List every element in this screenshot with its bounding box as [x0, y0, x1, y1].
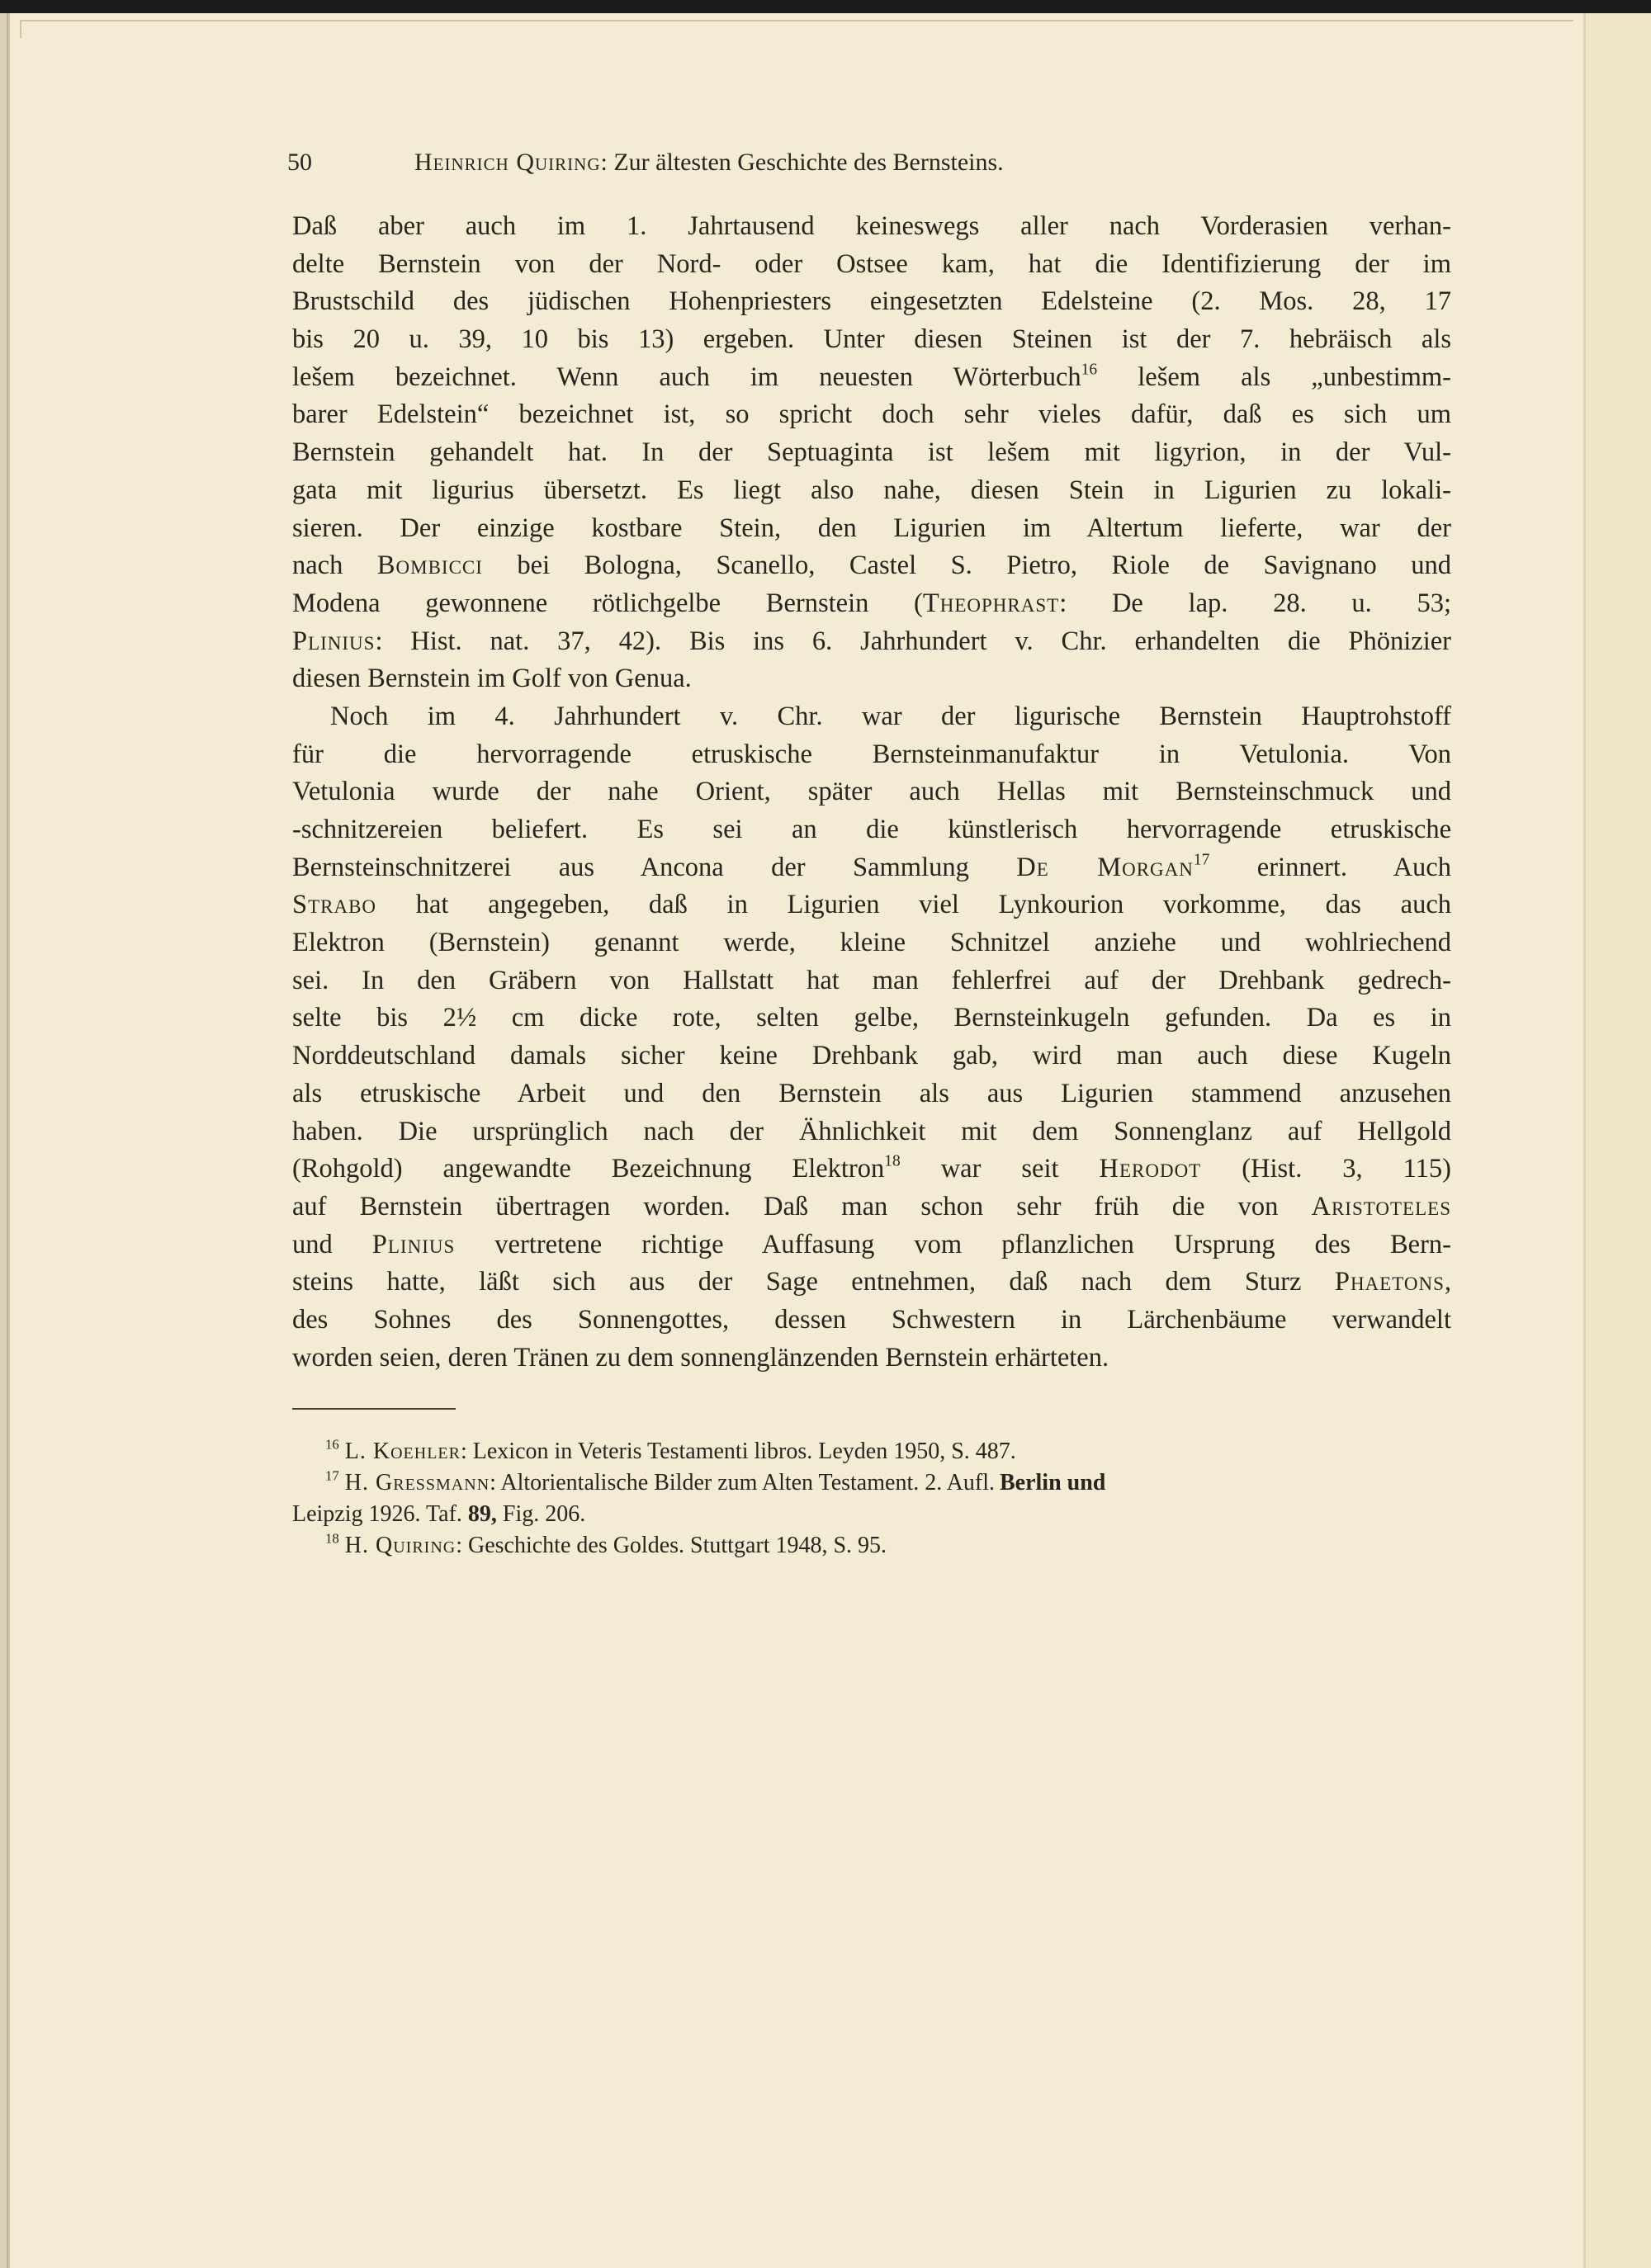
text-line: für die hervorragende etruskische Bernst…: [292, 736, 1451, 774]
running-head: 50 Heinrich Quiring: Zur ältesten Geschi…: [287, 149, 1261, 185]
text-line: bis 20 u. 39, 10 bis 13) ergeben. Unter …: [292, 321, 1451, 359]
text-line: diesen Bernstein im Golf von Genua.: [292, 660, 1451, 698]
text-line: und Plinius vertretene richtige Auffasun…: [292, 1226, 1451, 1264]
text-line: delte Bernstein von der Nord- oder Ostse…: [292, 246, 1451, 284]
running-title: Heinrich Quiring: Zur ältesten Geschicht…: [414, 149, 1004, 177]
text-line: nach Bombicci bei Bologna, Scanello, Cas…: [292, 547, 1451, 585]
article-title: : Zur ältesten Geschichte des Bernsteins…: [600, 149, 1003, 176]
text-line: barer Edelstein“ bezeichnet ist, so spri…: [292, 396, 1451, 434]
text-line: Modena gewonnene rötlichgelbe Bernstein …: [292, 585, 1451, 623]
author-name: Heinrich Quiring: [414, 149, 600, 176]
text-line: haben. Die ursprünglich nach der Ähnlich…: [292, 1113, 1451, 1151]
text-line: Strabo hat angegeben, daß in Ligurien vi…: [292, 886, 1451, 924]
text-line: auf Bernstein übertragen worden. Daß man…: [292, 1188, 1451, 1226]
text-line: Noch im 4. Jahrhundert v. Chr. war der l…: [292, 698, 1451, 736]
footnote-17: 17 H. Gressmann: Altorientalische Bilder…: [292, 1467, 1451, 1499]
footnote-16: 16 L. Koehler: Lexicon in Veteris Testam…: [292, 1436, 1451, 1467]
text-line: worden seien, deren Tränen zu dem sonnen…: [292, 1340, 1451, 1377]
text-line: sei. In den Gräbern von Hallstatt hat ma…: [292, 962, 1451, 1000]
body-text: Daß aber auch im 1. Jahrtausend keineswe…: [292, 208, 1451, 1377]
text-line: Bernstein gehandelt hat. In der Septuagi…: [292, 434, 1451, 472]
text-line: sieren. Der einzige kostbare Stein, den …: [292, 510, 1451, 548]
text-line: Brustschild des jüdischen Hohenpriesters…: [292, 283, 1451, 321]
text-line: selte bis 2½ cm dicke rote, selten gelbe…: [292, 999, 1451, 1037]
footnote-18: 18 H. Quiring: Geschichte des Goldes. St…: [292, 1530, 1451, 1562]
text-line: -schnitzereien beliefert. Es sei an die …: [292, 811, 1451, 849]
scan-top-border: [0, 0, 1651, 13]
page-number: 50: [287, 149, 312, 177]
text-line: Vetulonia wurde der nahe Orient, später …: [292, 773, 1451, 811]
footnotes: 16 L. Koehler: Lexicon in Veteris Testam…: [292, 1436, 1451, 1562]
text-line: des Sohnes des Sonnengottes, dessen Schw…: [292, 1302, 1451, 1340]
text-line: Plinius: Hist. nat. 37, 42). Bis ins 6. …: [292, 623, 1451, 661]
text-line: Elektron (Bernstein) genannt werde, klei…: [292, 924, 1451, 962]
next-page-edge: [1583, 13, 1651, 2268]
text-line: Daß aber auch im 1. Jahrtausend keineswe…: [292, 208, 1451, 246]
text-line: lešem bezeichnet. Wenn auch im neuesten …: [292, 359, 1451, 397]
text-line: steins hatte, läßt sich aus der Sage ent…: [292, 1264, 1451, 1302]
text-line: gata mit ligurius übersetzt. Es liegt al…: [292, 472, 1451, 510]
text-line: (Rohgold) angewandte Bezeichnung Elektro…: [292, 1151, 1451, 1188]
text-line: Norddeutschland damals sicher keine Dreh…: [292, 1037, 1451, 1075]
footnote-rule: [292, 1408, 456, 1410]
text-line: als etruskische Arbeit und den Bernstein…: [292, 1075, 1451, 1113]
page-edge: [20, 20, 1573, 38]
footnote-17-continued: Leipzig 1926. Taf. 89, Fig. 206.: [292, 1499, 1451, 1530]
text-line: Bernsteinschnitzerei aus Ancona der Samm…: [292, 849, 1451, 887]
